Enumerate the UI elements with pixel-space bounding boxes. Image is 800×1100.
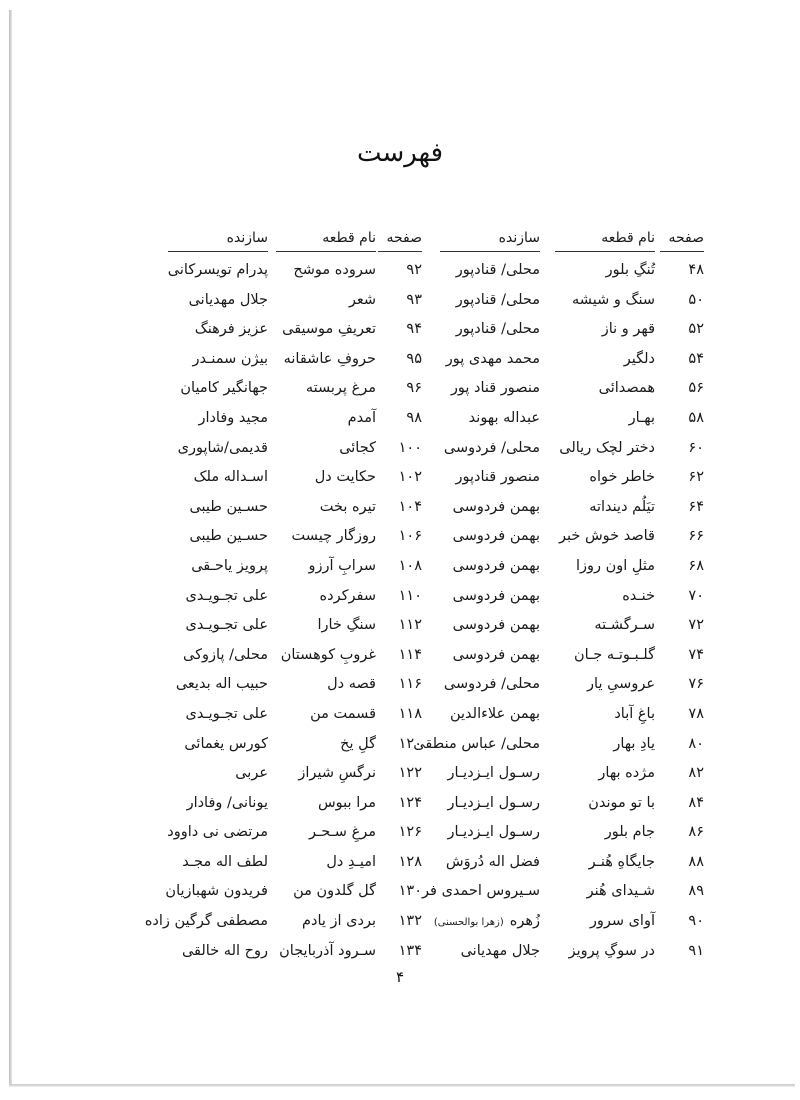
entry-author: حسـین طیبی	[189, 522, 268, 552]
entry-author: مجید وفادار	[198, 404, 268, 434]
entry-piece-title: سـرگشـته	[594, 611, 655, 641]
entry-page-number: ۱۰۲	[399, 463, 422, 493]
entry-author: محلی/ قنادپور	[456, 315, 540, 345]
entry-author-name: بهمن فردوسی	[453, 647, 540, 663]
entry-author: رسـول ایـزدیـار	[447, 789, 540, 819]
entry-author: جلال مهدیانی	[461, 937, 540, 967]
toc-entry: ۸۴با تو موندنرسـول ایـزدیـار	[404, 789, 704, 819]
entry-page-number: ۹۲	[406, 256, 422, 286]
entry-author-name: عبداله بهوند	[469, 410, 540, 426]
toc-entry: ۹۶مرغ پربستهجهانگیر کامیان	[132, 374, 422, 404]
toc-entry: ۹۲سروده موشحپدرام تویسرکانی	[132, 256, 422, 286]
entry-page-number: ۱۳۴	[399, 937, 422, 967]
entry-page-number: ۱۱۰	[399, 582, 422, 612]
entry-author: بهمن فردوسی	[453, 493, 540, 523]
toc-entry: ۹۵حروفِ عاشقانهبیژن سمنـدر	[132, 345, 422, 375]
entry-piece-title: خنـده	[622, 582, 655, 612]
toc-entry: ۱۱۰سفرکردهعلی تجـویـدی	[132, 582, 422, 612]
entry-author-name: محلی/ عباس منطقی	[413, 736, 540, 752]
header-author: سازنده	[440, 226, 540, 252]
entry-author: حسـین طیبی	[189, 493, 268, 523]
toc-entry: ۹۴تعریفِ موسیقیعزیز فرهنگ	[132, 315, 422, 345]
entry-piece-title: تُنگِ بلور	[606, 256, 655, 286]
entry-author: لطف اله مجـد	[182, 848, 268, 878]
entry-page-number: ۸۰	[688, 730, 704, 760]
entry-piece-title: تعریفِ موسیقی	[282, 315, 376, 345]
entry-author: بهمن علاءالدین	[450, 700, 540, 730]
toc-entry: ۶۸مثلِ اون روزابهمن فردوسی	[404, 552, 704, 582]
toc-entry: ۵۲قهر و نازمحلی/ قنادپور	[404, 315, 704, 345]
entry-piece-title: مرا ببوس	[318, 789, 376, 819]
entry-author-name: حسـین طیبی	[189, 528, 268, 544]
toc-entry: ۱۳۴سـرود آذربایجانروح اله خالقی	[132, 937, 422, 967]
entry-page-number: ۶۴	[688, 493, 704, 523]
entry-author: فضل اله دُروَش	[446, 848, 540, 878]
entry-page-number: ۱۲۸	[399, 848, 422, 878]
entry-author-name: محلی/ پازوکی	[183, 647, 268, 663]
entry-piece-title: قهر و ناز	[602, 315, 655, 345]
entry-page-number: ۹۴	[406, 315, 422, 345]
entry-piece-title: روزگار چیست	[292, 522, 376, 552]
entry-author: مرتضی نی داوود	[167, 818, 268, 848]
toc-table-right: صفحه نام قطعه سازنده ۴۸تُنگِ بلورمحلی/ ق…	[404, 226, 704, 966]
entry-piece-title: نرگسِ شیراز	[298, 759, 376, 789]
entry-author: علی تجـویـدی	[185, 700, 268, 730]
entry-author: بهمن فردوسی	[453, 522, 540, 552]
entry-piece-title: جایگاهِ هُنـر	[589, 848, 655, 878]
entry-piece-title: سـرود آذربایجان	[279, 937, 376, 967]
entry-piece-title: سفرکرده	[320, 582, 376, 612]
entry-author-name: حبیب اله بدیعی	[176, 676, 268, 692]
entry-author-name: مجید وفادار	[198, 410, 268, 426]
entry-piece-title: خاطر خواه	[589, 463, 655, 493]
page-edge-bottom	[9, 1084, 795, 1087]
entry-author-name: جهانگیر کامیان	[180, 380, 268, 396]
header-piece: نام قطعه	[276, 226, 376, 252]
entry-author-name: رسـول ایـزدیـار	[447, 795, 540, 811]
toc-entry: ۱۲۲نرگسِ شیرازعربی	[132, 759, 422, 789]
entry-author: کورس یغمائی	[184, 730, 268, 760]
entry-author-name: روح اله خالقی	[182, 943, 268, 959]
entry-author-name: پرویز یاحـقی	[191, 558, 268, 574]
entry-piece-title: حروفِ عاشقانه	[284, 345, 376, 375]
page-edge-left	[9, 10, 12, 1086]
entry-piece-title: دلگیر	[624, 345, 655, 375]
entry-piece-title: مرغ پربسته	[306, 374, 376, 404]
entry-page-number: ۶۸	[688, 552, 704, 582]
toc-entry: ۷۰خنـدهبهمن فردوسی	[404, 582, 704, 612]
entry-page-number: ۱۱۶	[399, 670, 422, 700]
entry-author: حبیب اله بدیعی	[176, 670, 268, 700]
toc-entry: ۱۱۲سنگِ خاراعلی تجـویـدی	[132, 611, 422, 641]
entry-author-name: اسـداله ملک	[194, 469, 268, 485]
toc-entry: ۱۳۰گل گلدون منفریدون شهبازیان	[132, 877, 422, 907]
entry-author-name: جلال مهدیانی	[189, 292, 268, 308]
toc-entry: ۷۸باغِ آبادبهمن علاءالدین	[404, 700, 704, 730]
entry-author: عبداله بهوند	[469, 404, 540, 434]
toc-entry: ۹۸آمدممجید وفادار	[132, 404, 422, 434]
entry-piece-title: گلـبـوتـه جـان	[574, 641, 655, 671]
toc-entry: ۵۶همصدائیمنصور قناد پور	[404, 374, 704, 404]
entry-author-name: محلی/ قنادپور	[456, 321, 540, 337]
entry-piece-title: سنگِ خارا	[317, 611, 376, 641]
entry-author-name: رسـول ایـزدیـار	[447, 824, 540, 840]
entry-author-name: علی تجـویـدی	[185, 617, 268, 633]
entry-piece-title: سنگ و شیشه	[572, 286, 655, 316]
entry-page-number: ۱۳۰	[399, 877, 422, 907]
header-author: سازنده	[168, 226, 268, 252]
entry-piece-title: تیره بخت	[320, 493, 376, 523]
entry-piece-title: حکایت دل	[315, 463, 376, 493]
toc-entry: ۱۱۸قسمت منعلی تجـویـدی	[132, 700, 422, 730]
header-piece: نام قطعه	[555, 226, 655, 252]
entry-author: بیژن سمنـدر	[193, 345, 268, 375]
entry-page-number: ۶۶	[688, 522, 704, 552]
toc-entry: ۵۸بهـارعبداله بهوند	[404, 404, 704, 434]
entry-author: محلی/ عباس منطقی	[413, 730, 540, 760]
entry-piece-title: در سوگِ پرویز	[569, 937, 655, 967]
entry-page-number: ۸۲	[688, 759, 704, 789]
entry-author: بهمن فردوسی	[453, 552, 540, 582]
header-page: صفحه	[378, 226, 422, 252]
entry-page-number: ۵۸	[688, 404, 704, 434]
entry-author-name: عزیز فرهنگ	[195, 321, 268, 337]
toc-entry: ۹۳شعرجلال مهدیانی	[132, 286, 422, 316]
entry-page-number: ۷۶	[688, 670, 704, 700]
toc-entry: ۱۲۸امیـدِ دللطف اله مجـد	[132, 848, 422, 878]
toc-entry: ۶۲خاطر خواهمنصور قنادپور	[404, 463, 704, 493]
entry-author: علی تجـویـدی	[185, 611, 268, 641]
entry-author: قدیمی/شاپوری	[178, 434, 268, 464]
entry-piece-title: دختر لچک ریالی	[559, 434, 655, 464]
entry-author-name: منصور قناد پور	[451, 380, 540, 396]
entry-page-number: ۷۲	[688, 611, 704, 641]
entry-piece-title: عروسیِ یار	[587, 670, 655, 700]
entry-author-name: لطف اله مجـد	[182, 854, 268, 870]
entry-page-number: ۱۰۸	[399, 552, 422, 582]
entry-page-number: ۹۰	[688, 907, 704, 937]
toc-entry: ۵۴دلگیرمحمد مهدی پور	[404, 345, 704, 375]
entry-piece-title: شـیدای هُنر	[587, 877, 655, 907]
entry-author: علی تجـویـدی	[185, 582, 268, 612]
toc-entry: ۸۸جایگاهِ هُنـرفضل اله دُروَش	[404, 848, 704, 878]
entry-author-name: بهمن فردوسی	[453, 528, 540, 544]
entry-author-name: محلی/ فردوسی	[444, 676, 540, 692]
entry-author-name: جلال مهدیانی	[461, 943, 540, 959]
entry-author-name: کورس یغمائی	[184, 736, 268, 752]
toc-entry: ۸۹شـیدای هُنرسـیروس احمدی فر	[404, 877, 704, 907]
entry-author: بهمن فردوسی	[453, 641, 540, 671]
entry-page-number: ۱۲۶	[399, 818, 422, 848]
entry-author: رسـول ایـزدیـار	[447, 759, 540, 789]
entry-author-name: پدرام تویسرکانی	[168, 262, 268, 278]
entry-author-name: بهمن علاءالدین	[450, 706, 540, 722]
entry-piece-title: کجائی	[339, 434, 376, 464]
toc-header-row: صفحه نام قطعه سازنده	[132, 226, 422, 254]
entry-author: محلی/ فردوسی	[444, 434, 540, 464]
entry-author-name: بهمن فردوسی	[453, 558, 540, 574]
entry-author: محلی/ قنادپور	[456, 286, 540, 316]
entry-author-name: رسـول ایـزدیـار	[447, 765, 540, 781]
entry-author: فریدون شهبازیان	[165, 877, 268, 907]
entry-author: روح اله خالقی	[182, 937, 268, 967]
toc-entry: ۷۴گلـبـوتـه جـانبهمن فردوسی	[404, 641, 704, 671]
entry-piece-title: بردی از یادم	[302, 907, 376, 937]
entry-piece-title: قصه دل	[327, 670, 376, 700]
toc-entry: ۱۱۶قصه دلحبیب اله بدیعی	[132, 670, 422, 700]
entry-piece-title: امیـدِ دل	[326, 848, 376, 878]
entry-piece-title: قاصد خوش خبر	[559, 522, 655, 552]
toc-entry: ۵۰سنگ و شیشهمحلی/ قنادپور	[404, 286, 704, 316]
entry-author-name: بیژن سمنـدر	[193, 351, 268, 367]
entry-page-number: ۱۰۴	[399, 493, 422, 523]
entry-page-number: ۷۰	[688, 582, 704, 612]
entry-piece-title: سروده موشح	[293, 256, 376, 286]
entry-page-number: ۱۲۴	[399, 789, 422, 819]
entry-author-name: زُهره	[510, 913, 540, 929]
entry-page-number: ۸۸	[688, 848, 704, 878]
entry-page-number: ۴۸	[688, 256, 704, 286]
header-page: صفحه	[660, 226, 704, 252]
entry-page-number: ۵۶	[688, 374, 704, 404]
entry-page-number: ۵۴	[688, 345, 704, 375]
entry-author-name: فضل اله دُروَش	[446, 854, 540, 870]
toc-entry: ۷۶عروسیِ یارمحلی/ فردوسی	[404, 670, 704, 700]
entry-page-number: ۱۰۶	[399, 522, 422, 552]
entry-author: جهانگیر کامیان	[180, 374, 268, 404]
entry-author-name: مصطفی گرگین زاده	[145, 913, 268, 929]
entry-author-name: فریدون شهبازیان	[165, 883, 268, 899]
entry-piece-title: غروبِ کوهستان	[281, 641, 376, 671]
entry-piece-title: جام بلور	[605, 818, 655, 848]
entry-piece-title: مرغِ سـحـر	[309, 818, 376, 848]
entry-author: عربی	[235, 759, 268, 789]
toc-table-left: صفحه نام قطعه سازنده ۹۲سروده موشحپدرام ت…	[132, 226, 422, 966]
entry-page-number: ۷۸	[688, 700, 704, 730]
entry-page-number: ۸۴	[688, 789, 704, 819]
entry-page-number: ۱۱۸	[399, 700, 422, 730]
entry-author-name: مرتضی نی داوود	[167, 824, 268, 840]
toc-entry: ۱۰۸سرابِ آرزوپرویز یاحـقی	[132, 552, 422, 582]
entry-piece-title: آمدم	[348, 404, 376, 434]
page-number: ۴	[0, 968, 800, 986]
entry-author: محمد مهدی پور	[446, 345, 540, 375]
entry-piece-title: قسمت من	[310, 700, 376, 730]
entry-author-name: محلی/ فردوسی	[444, 440, 540, 456]
entry-author: رسـول ایـزدیـار	[447, 818, 540, 848]
entry-author: یونانی/ وفادار	[187, 789, 268, 819]
entry-page-number: ۵۲	[688, 315, 704, 345]
entry-page-number: ۹۶	[406, 374, 422, 404]
toc-entry: ۱۰۰کجائیقدیمی/شاپوری	[132, 434, 422, 464]
page-title: فهرست	[0, 138, 800, 168]
entry-page-number: ۸۹	[688, 877, 704, 907]
entry-author-name: عربی	[235, 765, 268, 781]
entry-author-name: قدیمی/شاپوری	[178, 440, 268, 456]
entry-piece-title: سرابِ آرزو	[309, 552, 376, 582]
entry-author-note: (زهرا بوالحسنی)	[434, 917, 504, 928]
entry-author: سـیروس احمدی فر	[422, 877, 540, 907]
entry-author-name: محلی/ قنادپور	[456, 292, 540, 308]
entry-author-name: بهمن فردوسی	[453, 617, 540, 633]
toc-entry: ۱۱۴غروبِ کوهستانمحلی/ پازوکی	[132, 641, 422, 671]
entry-page-number: ۶۰	[688, 434, 704, 464]
entry-page-number: ۱۲۰	[399, 730, 422, 760]
toc-entry: ۸۰یادِ بهارمحلی/ عباس منطقی	[404, 730, 704, 760]
entry-piece-title: گلِ یخ	[340, 730, 376, 760]
toc-entry: ۶۴تیَلُم دینداتهبهمن فردوسی	[404, 493, 704, 523]
entry-author-name: سـیروس احمدی فر	[422, 883, 540, 899]
entry-page-number: ۵۰	[688, 286, 704, 316]
entry-author: منصور قناد پور	[451, 374, 540, 404]
toc-entry: ۹۱در سوگِ پرویزجلال مهدیانی	[404, 937, 704, 967]
entry-author: عزیز فرهنگ	[195, 315, 268, 345]
toc-entry: ۱۰۶روزگار چیستحسـین طیبی	[132, 522, 422, 552]
toc-entry: ۱۳۲بردی از یادممصطفی گرگین زاده	[132, 907, 422, 937]
entry-piece-title: تیَلُم دینداته	[589, 493, 655, 523]
toc-entry: ۴۸تُنگِ بلورمحلی/ قنادپور	[404, 256, 704, 286]
entry-page-number: ۹۳	[406, 286, 422, 316]
entry-piece-title: یادِ بهار	[613, 730, 655, 760]
toc-entry: ۸۲مژده بهاررسـول ایـزدیـار	[404, 759, 704, 789]
entry-page-number: ۷۴	[688, 641, 704, 671]
toc-entry: ۹۰آوای سرورزُهره(زهرا بوالحسنی)	[404, 907, 704, 937]
entry-author: زُهره(زهرا بوالحسنی)	[434, 907, 540, 938]
entry-piece-title: همصدائی	[599, 374, 655, 404]
entry-author-name: منصور قنادپور	[455, 469, 540, 485]
toc-entry: ۱۲۶مرغِ سـحـرمرتضی نی داوود	[132, 818, 422, 848]
toc-entry: ۶۰دختر لچک ریالیمحلی/ فردوسی	[404, 434, 704, 464]
entry-piece-title: مثلِ اون روزا	[576, 552, 655, 582]
toc-entry: ۱۰۲حکایت دلاسـداله ملک	[132, 463, 422, 493]
entry-author: منصور قنادپور	[455, 463, 540, 493]
entry-author: جلال مهدیانی	[189, 286, 268, 316]
entry-author-name: بهمن فردوسی	[453, 499, 540, 515]
entry-page-number: ۱۰۰	[399, 434, 422, 464]
toc-entry: ۷۲سـرگشـتهبهمن فردوسی	[404, 611, 704, 641]
entry-page-number: ۱۲۲	[399, 759, 422, 789]
entry-author: پدرام تویسرکانی	[168, 256, 268, 286]
entry-page-number: ۱۱۲	[399, 611, 422, 641]
entry-author: محلی/ پازوکی	[183, 641, 268, 671]
toc-entry: ۱۲۰گلِ یخکورس یغمائی	[132, 730, 422, 760]
toc-header-row: صفحه نام قطعه سازنده	[404, 226, 704, 254]
toc-entry: ۶۶قاصد خوش خبربهمن فردوسی	[404, 522, 704, 552]
toc-entry: ۸۶جام بلوررسـول ایـزدیـار	[404, 818, 704, 848]
entry-author: محلی/ قنادپور	[456, 256, 540, 286]
entry-page-number: ۶۲	[688, 463, 704, 493]
entry-author-name: یونانی/ وفادار	[187, 795, 268, 811]
entry-piece-title: آوای سرور	[590, 907, 655, 937]
entry-author-name: محمد مهدی پور	[446, 351, 540, 367]
entry-author: مصطفی گرگین زاده	[145, 907, 268, 937]
entry-author-name: علی تجـویـدی	[185, 588, 268, 604]
entry-author: بهمن فردوسی	[453, 611, 540, 641]
entry-piece-title: بهـار	[629, 404, 655, 434]
entry-piece-title: باغِ آباد	[614, 700, 655, 730]
entry-piece-title: با تو موندن	[588, 789, 655, 819]
entry-page-number: ۹۱	[688, 937, 704, 967]
entry-page-number: ۸۶	[688, 818, 704, 848]
entry-author: بهمن فردوسی	[453, 582, 540, 612]
entry-author-name: بهمن فردوسی	[453, 588, 540, 604]
toc-entry: ۱۰۴تیره بختحسـین طیبی	[132, 493, 422, 523]
entry-author-name: محلی/ قنادپور	[456, 262, 540, 278]
entry-page-number: ۹۵	[406, 345, 422, 375]
entry-author: پرویز یاحـقی	[191, 552, 268, 582]
entry-author: اسـداله ملک	[194, 463, 268, 493]
entry-piece-title: شعر	[349, 286, 376, 316]
entry-author-name: علی تجـویـدی	[185, 706, 268, 722]
entry-piece-title: گل گلدون من	[293, 877, 376, 907]
entry-author: محلی/ فردوسی	[444, 670, 540, 700]
toc-entry: ۱۲۴مرا ببوسیونانی/ وفادار	[132, 789, 422, 819]
entry-page-number: ۱۱۴	[399, 641, 422, 671]
entry-piece-title: مژده بهار	[598, 759, 655, 789]
entry-page-number: ۱۳۲	[399, 907, 422, 937]
entry-author-name: حسـین طیبی	[189, 499, 268, 515]
entry-page-number: ۹۸	[406, 404, 422, 434]
